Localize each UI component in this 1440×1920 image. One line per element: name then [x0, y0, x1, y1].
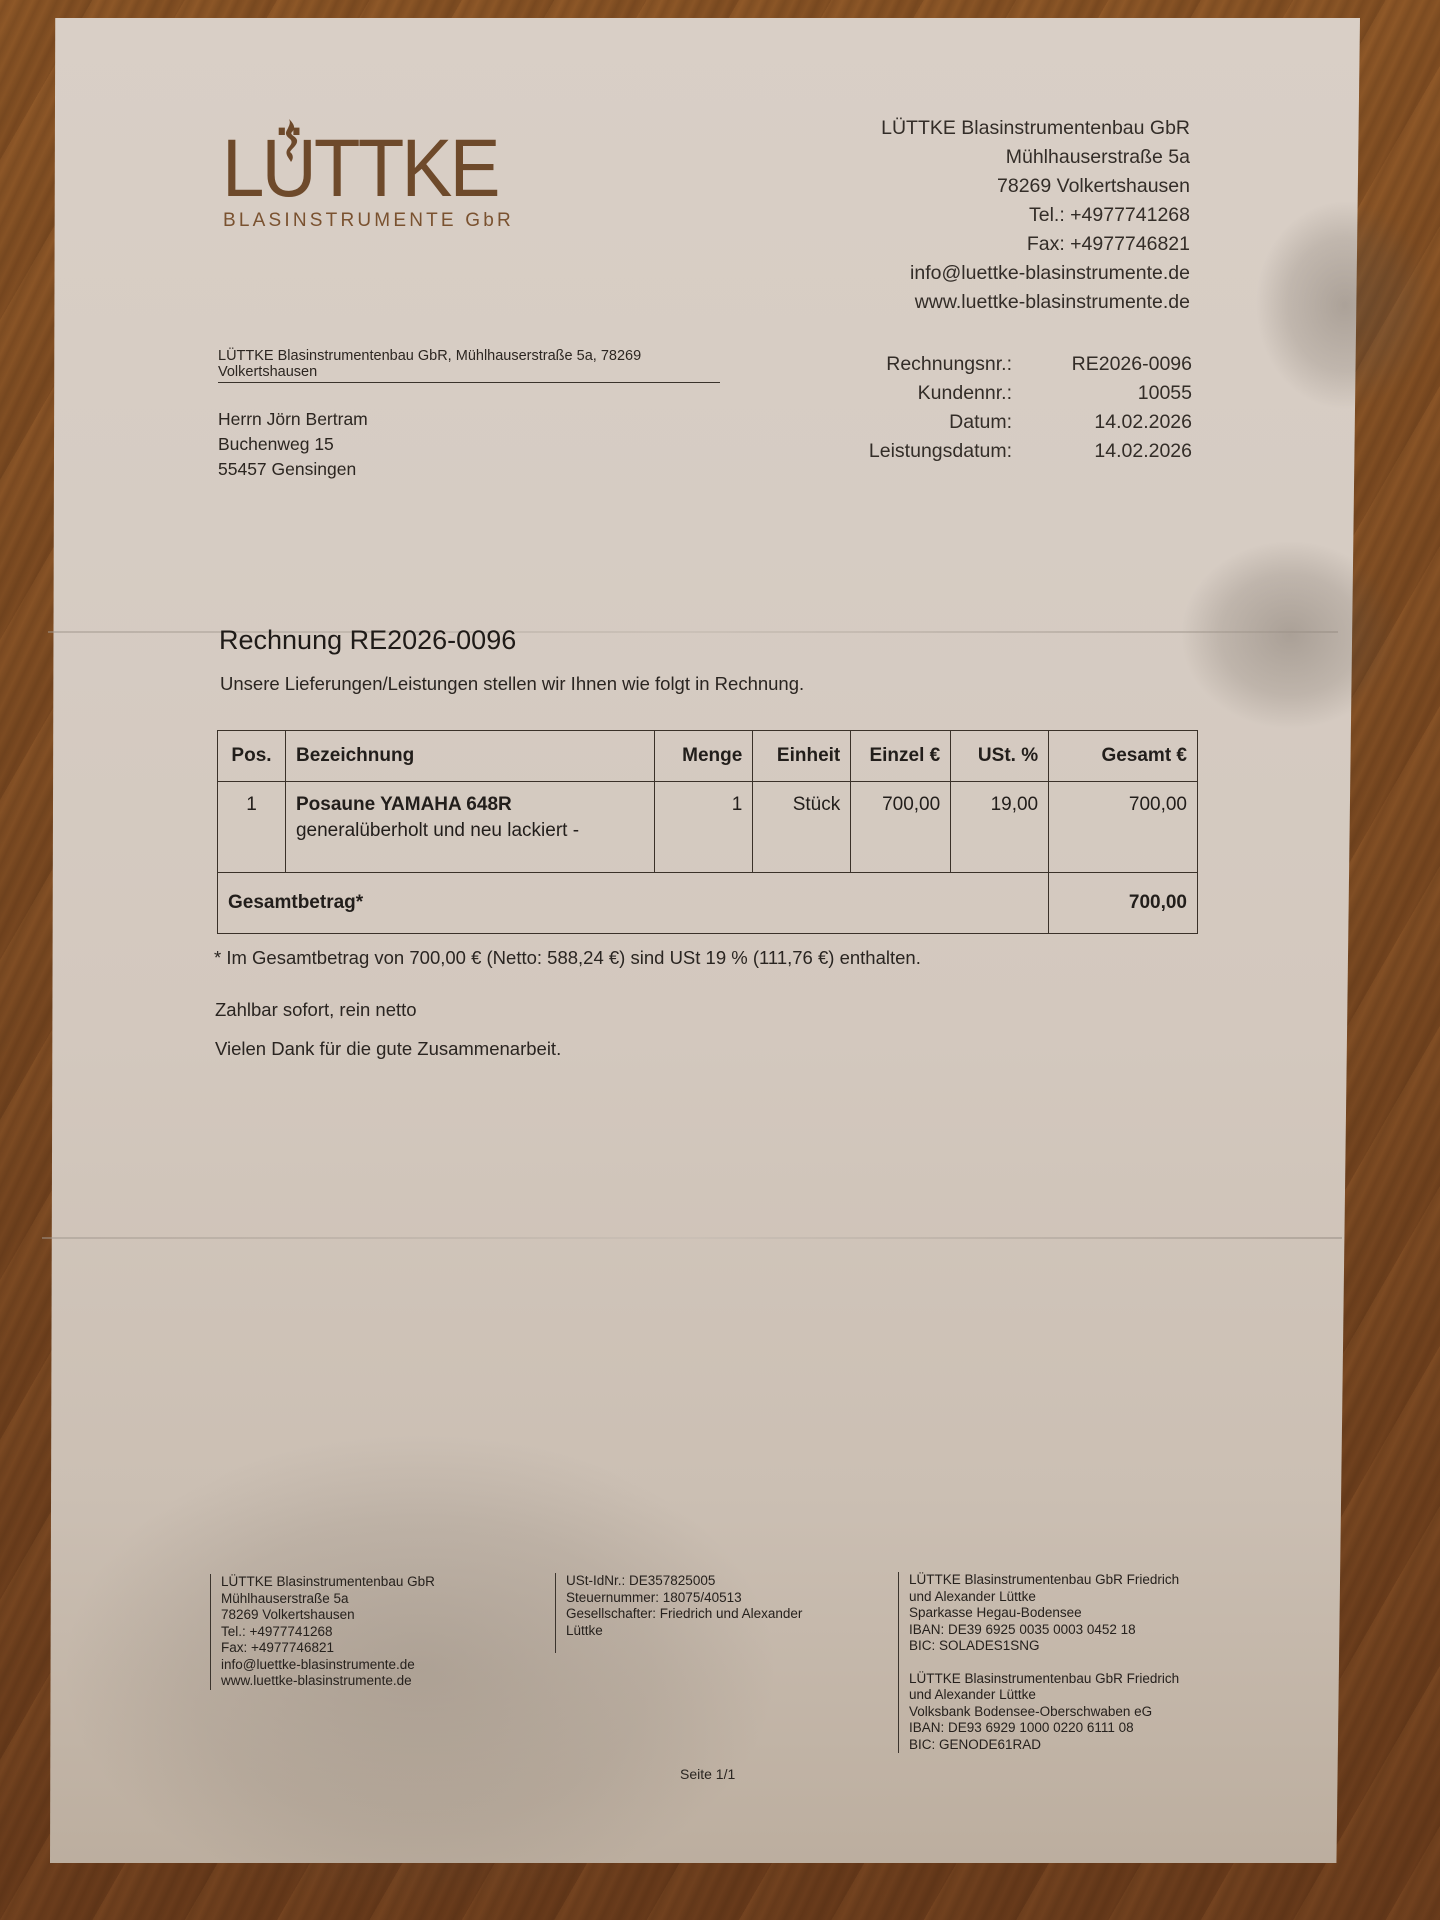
footer-company-column: LÜTTKE Blasinstrumentenbau GbR Mühlhause… [210, 1574, 435, 1690]
thank-you-text: Vielen Dank für die gute Zusammenarbeit. [215, 1038, 561, 1060]
recipient-city: 55457 Gensingen [218, 457, 368, 482]
row-pos: 1 [218, 782, 286, 873]
bank2-bic: BIC: GENODE61RAD [909, 1737, 1179, 1754]
footer-company-name: LÜTTKE Blasinstrumentenbau GbR [221, 1574, 435, 1591]
footer-email: info@luettke-blasinstrumente.de [221, 1657, 435, 1674]
company-address-block: LÜTTKE Blasinstrumentenbau GbR Mühlhause… [881, 114, 1190, 317]
footer-street: Mühlhauserstraße 5a [221, 1591, 435, 1608]
bank1-bic: BIC: SOLADES1SNG [909, 1638, 1179, 1655]
meta-invoice-number: Rechnungsnr.: RE2026-0096 [855, 350, 1192, 379]
recipient-address: Herrn Jörn Bertram Buchenweg 15 55457 Ge… [218, 407, 368, 482]
invoice-meta: Rechnungsnr.: RE2026-0096 Kundennr.: 100… [855, 350, 1192, 466]
row-quantity: 1 [655, 782, 753, 873]
invoice-intro: Unsere Lieferungen/Leistungen stellen wi… [220, 673, 804, 695]
bank1-name: Sparkasse Hegau-Bodensee [909, 1605, 1179, 1622]
bank2-holder-cont: und Alexander Lüttke [909, 1687, 1179, 1704]
recipient-street: Buchenweg 15 [218, 432, 368, 457]
row-total: 700,00 [1049, 782, 1198, 873]
footer-city: 78269 Volkertshausen [221, 1607, 435, 1624]
footer-phone: Tel.: +4977741268 [221, 1624, 435, 1641]
footer-partners: Gesellschafter: Friedrich und Alexander [566, 1606, 856, 1623]
row-unit: Stück [753, 782, 851, 873]
grand-total-value: 700,00 [1049, 873, 1198, 934]
col-header-unit: Einheit [753, 731, 851, 782]
page-number: Seite 1/1 [680, 1766, 735, 1782]
company-phone: Tel.: +4977741268 [881, 201, 1190, 230]
row-description-subtitle: generalüberholt und neu lackiert - [296, 820, 644, 842]
table-header-row: Pos. Bezeichnung Menge Einheit Einzel € … [218, 731, 1198, 782]
grand-total-row: Gesamtbetrag* 700,00 [218, 873, 1198, 934]
company-logo-subtitle: BLASINSTRUMENTE GbR [223, 210, 514, 232]
bank2-iban: IBAN: DE93 6929 1000 0220 6111 08 [909, 1720, 1179, 1737]
col-header-total: Gesamt € [1049, 731, 1198, 782]
bank2-holder: LÜTTKE Blasinstrumentenbau GbR Friedrich [909, 1671, 1179, 1688]
footer-tax-number: Steuernummer: 18075/40513 [566, 1590, 856, 1607]
meta-date: Datum: 14.02.2026 [855, 408, 1192, 437]
footer-bank-column: LÜTTKE Blasinstrumentenbau GbR Friedrich… [898, 1572, 1179, 1753]
vat-note: * Im Gesamtbetrag von 700,00 € (Netto: 5… [214, 947, 921, 969]
company-logo: LÜTTKE [222, 128, 498, 210]
invoice-items-table: Pos. Bezeichnung Menge Einheit Einzel € … [217, 730, 1198, 934]
finger-shadow-top [1255, 200, 1435, 410]
sender-return-address: LÜTTKE Blasinstrumentenbau GbR, Mühlhaus… [218, 348, 720, 383]
meta-service-date: Leistungsdatum: 14.02.2026 [855, 437, 1192, 466]
col-header-unit-price: Einzel € [851, 731, 951, 782]
row-description-title: Posaune YAMAHA 648R [296, 794, 512, 815]
grand-total-label: Gesamtbetrag* [218, 873, 1049, 934]
bank1-iban: IBAN: DE39 6925 0035 0003 0452 18 [909, 1622, 1179, 1639]
recipient-name: Herrn Jörn Bertram [218, 407, 368, 432]
footer-vat-id: USt-IdNr.: DE357825005 [566, 1573, 856, 1590]
company-website: www.luettke-blasinstrumente.de [881, 288, 1190, 317]
footer-website: www.luettke-blasinstrumente.de [221, 1673, 435, 1690]
fold-line-bottom [42, 1237, 1342, 1239]
company-fax: Fax: +4977746821 [881, 230, 1190, 259]
bank2-name: Volksbank Bodensee-Oberschwaben eG [909, 1704, 1179, 1721]
company-name: LÜTTKE Blasinstrumentenbau GbR [881, 114, 1190, 143]
company-city: 78269 Volkertshausen [881, 172, 1190, 201]
col-header-vat: USt. % [951, 731, 1049, 782]
col-header-description: Bezeichnung [285, 731, 654, 782]
row-unit-price: 700,00 [851, 782, 951, 873]
payment-terms: Zahlbar sofort, rein netto [215, 999, 417, 1021]
bank1-holder: LÜTTKE Blasinstrumentenbau GbR Friedrich [909, 1572, 1179, 1589]
row-description: Posaune YAMAHA 648R generalüberholt und … [285, 782, 654, 873]
company-street: Mühlhauserstraße 5a [881, 143, 1190, 172]
bank1-holder-cont: und Alexander Lüttke [909, 1589, 1179, 1606]
invoice-title: Rechnung RE2026-0096 [219, 625, 516, 656]
footer-tax-column: USt-IdNr.: DE357825005 Steuernummer: 180… [555, 1573, 856, 1653]
footer-partners-cont: Lüttke [566, 1623, 856, 1640]
col-header-pos: Pos. [218, 731, 286, 782]
company-email: info@luettke-blasinstrumente.de [881, 259, 1190, 288]
row-vat: 19,00 [951, 782, 1049, 873]
col-header-quantity: Menge [655, 731, 753, 782]
table-row: 1 Posaune YAMAHA 648R generalüberholt un… [218, 782, 1198, 873]
finger-shadow-middle [1180, 540, 1400, 730]
footer-fax: Fax: +4977746821 [221, 1640, 435, 1657]
meta-customer-number: Kundennr.: 10055 [855, 379, 1192, 408]
